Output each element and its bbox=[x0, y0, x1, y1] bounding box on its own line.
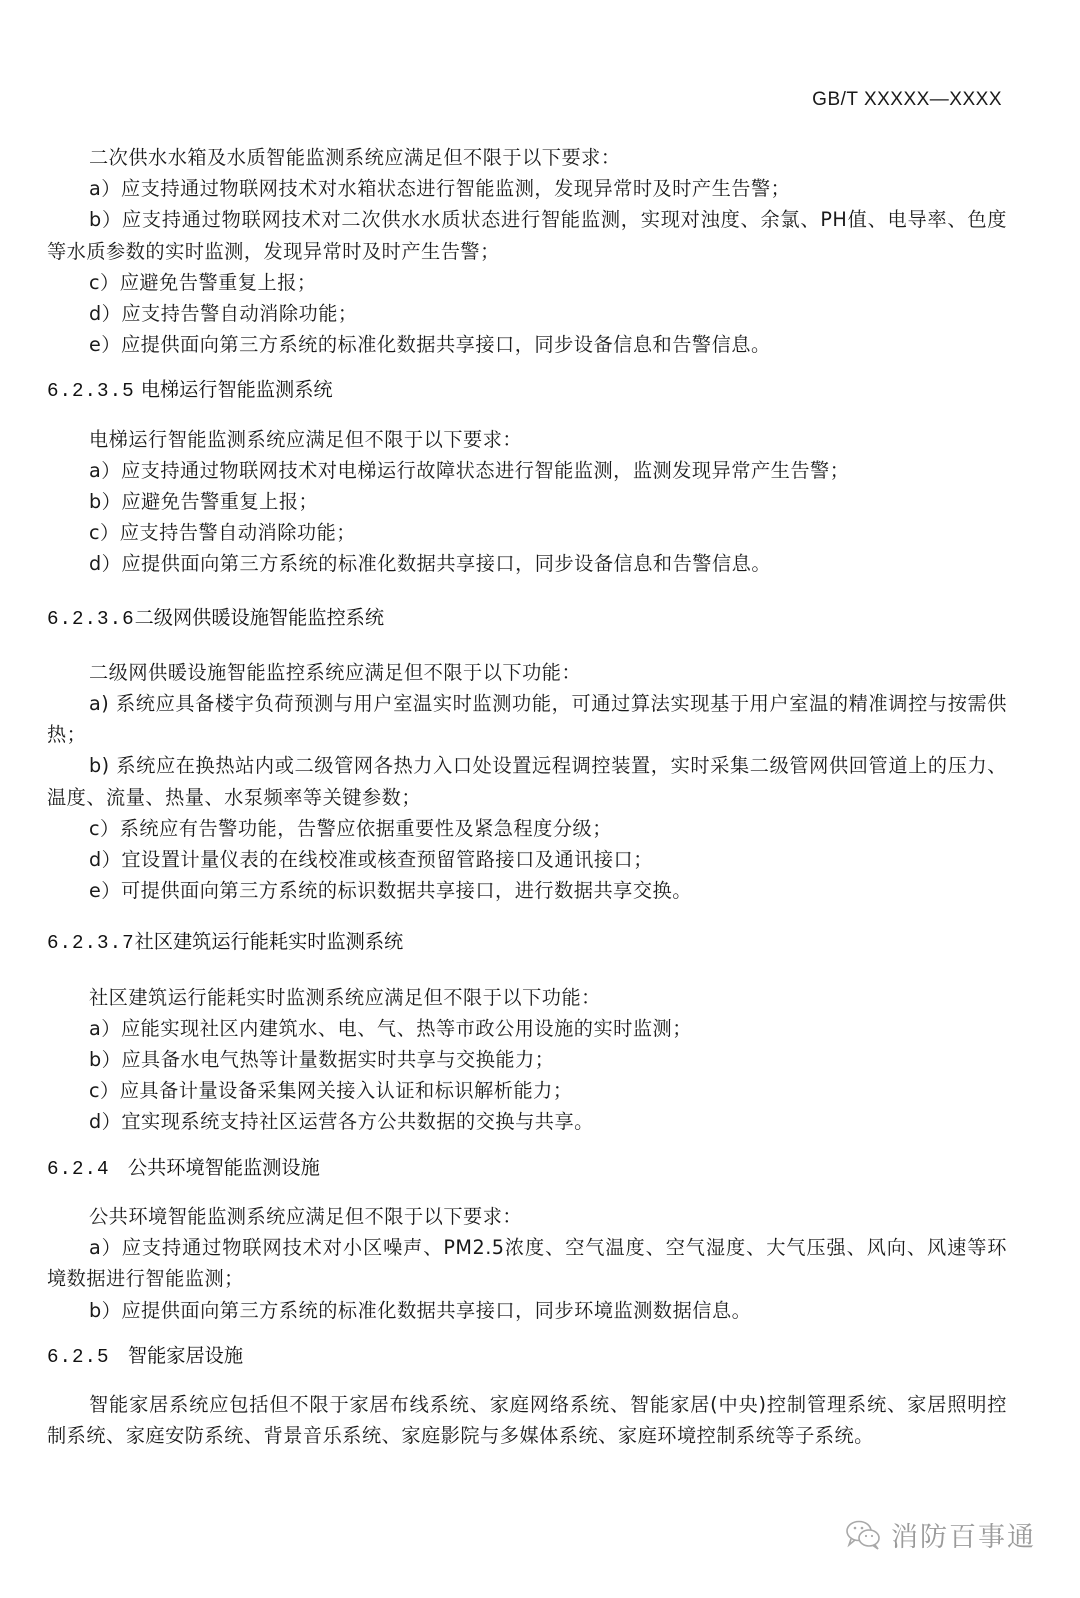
section-number: 6.2.3.7 bbox=[47, 932, 135, 954]
section-title: 二级网供暖设施智能监控系统 bbox=[135, 606, 384, 629]
list-item: a）应支持通过物联网技术对电梯运行故障状态进行智能监测，监测发现异常产生告警； bbox=[47, 455, 1007, 486]
section-intro: 社区建筑运行能耗实时监测系统应满足但不限于以下功能： bbox=[47, 982, 1007, 1013]
list-item: c）应具备计量设备采集网关接入认证和标识解析能力； bbox=[47, 1075, 1007, 1106]
list-item: d）应支持告警自动消除功能； bbox=[47, 298, 1007, 329]
section-title: 电梯运行智能监测系统 bbox=[141, 378, 333, 401]
watermark-text: 消防百事通 bbox=[891, 1515, 1036, 1554]
section-title: 智能家居设施 bbox=[128, 1344, 243, 1367]
section-intro: 电梯运行智能监测系统应满足但不限于以下要求： bbox=[47, 424, 1007, 455]
section-number: 6.2.5 bbox=[47, 1346, 110, 1368]
list-item: b）应提供面向第三方系统的标准化数据共享接口，同步环境监测数据信息。 bbox=[47, 1295, 1007, 1326]
section-number: 6.2.3.6 bbox=[47, 608, 135, 630]
section-intro: 二级网供暖设施智能监控系统应满足但不限于以下功能： bbox=[47, 657, 1007, 688]
section-title: 社区建筑运行能耗实时监测系统 bbox=[135, 930, 404, 953]
list-item: b) 系统应在换热站内或二级管网各热力入口处设置远程调控装置，实时采集二级管网供… bbox=[47, 750, 1007, 812]
list-item: b）应具备水电气热等计量数据实时共享与交换能力； bbox=[47, 1044, 1007, 1075]
section-heading: 6.2.3.6二级网供暖设施智能监控系统 bbox=[47, 602, 1007, 635]
list-item: a）应能实现社区内建筑水、电、气、热等市政公用设施的实时监测； bbox=[47, 1013, 1007, 1044]
section-water-tank: 二次供水水箱及水质智能监测系统应满足但不限于以下要求： a）应支持通过物联网技术… bbox=[47, 142, 1007, 360]
list-item: d）应提供面向第三方系统的标准化数据共享接口，同步设备信息和告警信息。 bbox=[47, 548, 1007, 579]
section-heading: 6.2.4 公共环境智能监测设施 bbox=[47, 1152, 1007, 1185]
list-item: c）应支持告警自动消除功能； bbox=[47, 517, 1007, 548]
section-number: 6.2.4 bbox=[47, 1158, 110, 1180]
list-item: a) 系统应具备楼宇负荷预测与用户室温实时监测功能，可通过算法实现基于用户室温的… bbox=[47, 688, 1007, 750]
watermark: 消防百事通 bbox=[845, 1515, 1036, 1554]
section-smart-home: 6.2.5 智能家居设施 智能家居系统应包括但不限于家居布线系统、家庭网络系统、… bbox=[47, 1340, 1007, 1452]
list-item: a）应支持通过物联网技术对水箱状态进行智能监测，发现异常时及时产生告警； bbox=[47, 173, 1007, 204]
section-heading: 6.2.5 智能家居设施 bbox=[47, 1340, 1007, 1373]
section-elevator: 6.2.3.5 电梯运行智能监测系统 电梯运行智能监测系统应满足但不限于以下要求… bbox=[47, 374, 1007, 579]
list-item: b）应避免告警重复上报； bbox=[47, 486, 1007, 517]
section-number: 6.2.3.5 bbox=[47, 380, 135, 402]
list-item: e）可提供面向第三方系统的标识数据共享接口，进行数据共享交换。 bbox=[47, 875, 1007, 906]
section-energy: 6.2.3.7社区建筑运行能耗实时监测系统 社区建筑运行能耗实时监测系统应满足但… bbox=[47, 926, 1007, 1137]
section-title: 公共环境智能监测设施 bbox=[128, 1156, 320, 1179]
section-heading: 6.2.3.5 电梯运行智能监测系统 bbox=[47, 374, 1007, 407]
list-item: a）应支持通过物联网技术对小区噪声、PM2.5浓度、空气温度、空气湿度、大气压强… bbox=[47, 1232, 1007, 1294]
section-intro: 公共环境智能监测系统应满足但不限于以下要求： bbox=[47, 1201, 1007, 1232]
list-item: b）应支持通过物联网技术对二次供水水质状态进行智能监测，实现对浊度、余氯、PH值… bbox=[47, 204, 1007, 266]
section-heading: 6.2.3.7社区建筑运行能耗实时监测系统 bbox=[47, 926, 1007, 959]
list-item: d）宜实现系统支持社区运营各方公共数据的交换与共享。 bbox=[47, 1106, 1007, 1137]
section-body: 智能家居系统应包括但不限于家居布线系统、家庭网络系统、智能家居(中央)控制管理系… bbox=[47, 1389, 1007, 1451]
list-item: c）系统应有告警功能，告警应依据重要性及紧急程度分级； bbox=[47, 813, 1007, 844]
list-item: c）应避免告警重复上报； bbox=[47, 267, 1007, 298]
standard-code-header: GB/T XXXXX—XXXX bbox=[812, 89, 1002, 111]
wechat-icon bbox=[845, 1519, 883, 1551]
section-intro: 二次供水水箱及水质智能监测系统应满足但不限于以下要求： bbox=[47, 142, 1007, 173]
document-body: 二次供水水箱及水质智能监测系统应满足但不限于以下要求： a）应支持通过物联网技术… bbox=[47, 142, 1007, 1451]
section-environment: 6.2.4 公共环境智能监测设施 公共环境智能监测系统应满足但不限于以下要求： … bbox=[47, 1152, 1007, 1326]
list-item: e）应提供面向第三方系统的标准化数据共享接口，同步设备信息和告警信息。 bbox=[47, 329, 1007, 360]
list-item: d）宜设置计量仪表的在线校准或核查预留管路接口及通讯接口； bbox=[47, 844, 1007, 875]
section-heating: 6.2.3.6二级网供暖设施智能监控系统 二级网供暖设施智能监控系统应满足但不限… bbox=[47, 602, 1007, 907]
